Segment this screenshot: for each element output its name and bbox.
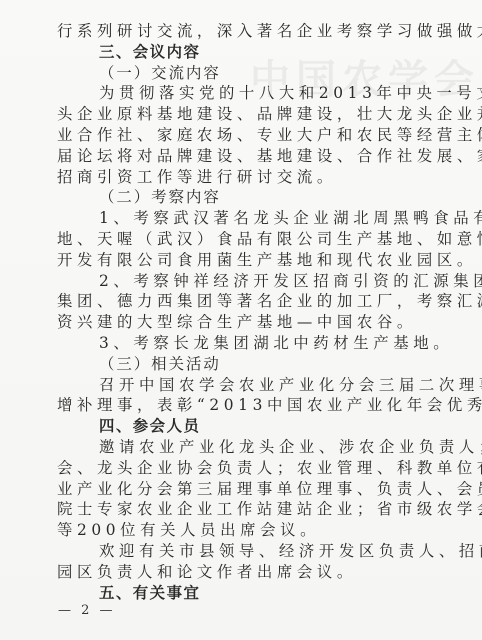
paragraph-line: 会、龙头企业协会负责人；农业管理、科教单位有关领导、专家；农 [57, 458, 445, 479]
paragraph-line: 地、天喔（武汉）食品有限公司生产基地、如意情集团武汉如意农业 [57, 229, 445, 250]
paragraph-line: 业产业化分会第三届理事单位理事、负责人、会员、信息员和专家； [57, 479, 445, 500]
subsection-heading: （一）交流内容 [57, 63, 445, 84]
paragraph-line: 欢迎有关市县领导、经济开发区负责人、招商局负责人、农业 [57, 541, 445, 562]
paragraph-line: 为贯彻落实党的十八大和2013年中央一号文件精神，支持龙 [57, 83, 445, 104]
paragraph-line: 院士专家农业企业工作站建站企业；省市级农学会领导和信息员 [57, 499, 445, 520]
paragraph-line: 1、考察武汉著名龙头企业湖北周黑鸭食品有限公司生产基 [57, 208, 445, 229]
section-heading: 五、有关事宜 [57, 583, 445, 604]
paragraph-line: 召开中国农学会农业产业化分会三届二次理事会，发展会员， [57, 375, 445, 396]
paragraph-line: 园区负责人和论文作者出席会议。 [57, 562, 445, 583]
subsection-heading: （三）相关活动 [57, 354, 445, 375]
paragraph-line: 等200位有关人员出席会议。 [57, 520, 445, 541]
paragraph-line: 邀请农业产业化龙头企业、涉农企业负责人；农业产业化协 [57, 437, 445, 458]
subsection-heading: （二）考察内容 [57, 187, 445, 208]
section-heading: 四、参会人员 [57, 416, 445, 437]
paragraph-line: 行系列研讨交流，深入著名企业考察学习做强做大的先进做法。 [57, 21, 445, 42]
paragraph-line: 头企业原料基地建设、品牌建设，壮大龙头企业并提升带动农民专 [57, 104, 445, 125]
paragraph-line: 资兴建的大型综合生产基地—中国农谷。 [57, 312, 445, 333]
page-number: — 2 — [58, 603, 116, 618]
paragraph-line: 2、考察钟祥经济开发区招商引资的汇源集团、雨润集团、中粮 [57, 271, 445, 292]
paragraph-line: 增补理事，表彰“2013中国农业产业化年会优秀论文”等。 [57, 395, 445, 416]
paragraph-line: 3、考察长龙集团湖北中药材生产基地。 [57, 333, 445, 354]
document-page: 中国农学会 行系列研讨交流，深入著名企业考察学习做强做大的先进做法。三、会议内容… [0, 0, 482, 640]
paragraph-line: 集团、德力西集团等著名企业的加工厂，考察汇源集团在钟祥投巨 [57, 291, 445, 312]
paragraph-line: 开发有限公司食用菌生产基地和现代农业园区。 [57, 250, 445, 271]
document-body: 行系列研讨交流，深入著名企业考察学习做强做大的先进做法。三、会议内容（一）交流内… [57, 21, 445, 603]
paragraph-line: 业合作社、家庭农场、专业大户和农民等经营主体的引领水平，本 [57, 125, 445, 146]
paragraph-line: 届论坛将对品牌建设、基地建设、合作社发展、家庭农场建设、市县 [57, 146, 445, 167]
paragraph-line: 招商引资工作等进行研讨交流。 [57, 167, 445, 188]
section-heading: 三、会议内容 [57, 42, 445, 63]
